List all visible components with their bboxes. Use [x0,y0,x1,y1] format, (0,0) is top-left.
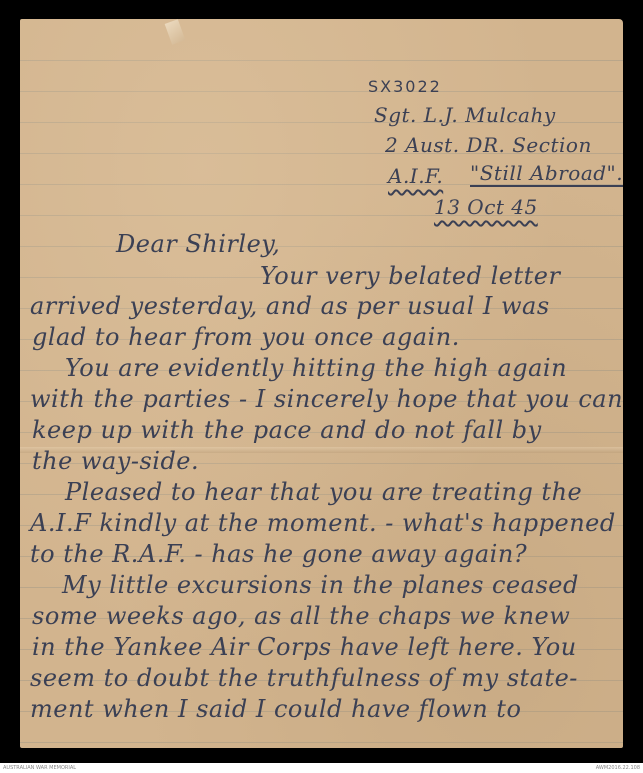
body-line: Pleased to hear that you are treating th… [65,478,582,506]
accession-number: AWM2016.22.108 [596,763,640,773]
body-line: A.I.F kindly at the moment. - what's hap… [30,509,616,537]
sender-name: Sgt. L.J. Mulcahy [374,103,556,127]
body-line: keep up with the pace and do not fall by [32,416,542,444]
body-line: My little excursions in the planes cease… [62,571,579,599]
sender-force: A.I.F. [388,164,443,188]
salutation: Dear Shirley, [116,230,280,258]
body-line: some weeks ago, as all the chaps we knew [32,602,570,630]
body-line: ment when I said I could have flown to [30,695,521,723]
body-line: You are evidently hitting the high again [65,354,567,382]
body-line: arrived yesterday, and as per usual I wa… [30,292,550,320]
body-line: in the Yankee Air Corps have left here. … [32,633,577,661]
scan-frame: SX3022 Sgt. L.J. Mulcahy 2 Aust. DR. Sec… [0,0,643,763]
body-line: with the parties - I sincerely hope that… [30,385,623,413]
letter-date: 13 Oct 45 [434,195,538,219]
body-line: to the R.A.F. - has he gone away again? [30,540,527,568]
paper-tear [165,19,186,44]
letter-page: SX3022 Sgt. L.J. Mulcahy 2 Aust. DR. Sec… [20,19,623,748]
sender-unit: 2 Aust. DR. Section [385,133,592,157]
body-line: glad to hear from you once again. [32,323,460,351]
sender-location: "Still Abroad". [470,161,623,187]
body-line: Your very belated letter [260,262,560,290]
service-number: SX3022 [368,77,442,96]
body-line: seem to doubt the truthfulness of my sta… [30,664,578,692]
archive-footer: AUSTRALIAN WAR MEMORIAL AWM2016.22.108 [0,763,643,773]
body-line: the way-side. [32,447,199,475]
institution-label: AUSTRALIAN WAR MEMORIAL [3,763,76,773]
